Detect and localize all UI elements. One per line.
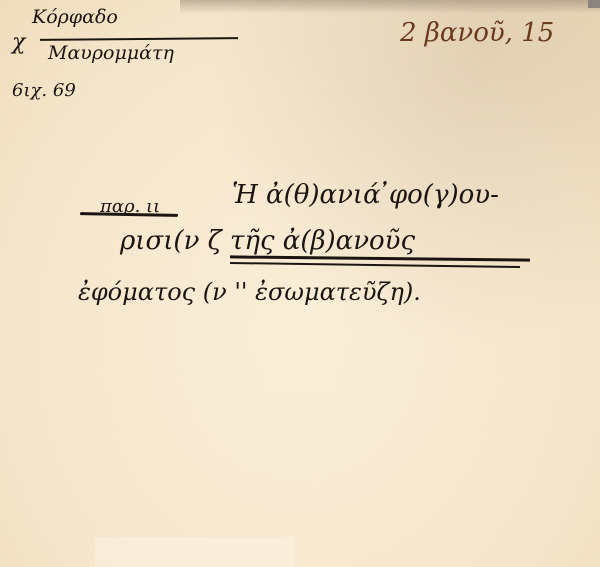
page-corner [588, 0, 600, 8]
reference-code: 6ιχ. 69 [12, 80, 76, 101]
body-line-2: ρισι(ν ζ τῆς ἀ(β)ανοῦς [120, 226, 415, 256]
body-line-3: ἐφόματος (ν '' ἐσωματεῦζη). [78, 278, 421, 306]
date-note: 2 βανοῦ, 15 [400, 18, 554, 48]
paper-stain [95, 537, 295, 567]
body-line-1: Ἡ ἀ(θ)ανιά ̓φο(γ)ου- [232, 180, 499, 210]
page-edge-shadow [180, 0, 600, 14]
reference-denominator: Μαυρομμάτη [48, 42, 174, 64]
fraction-rule [40, 37, 238, 41]
double-underline-top [230, 255, 530, 261]
reference-numerator: Κόρφαδο [32, 6, 118, 28]
reference-marker: χ [12, 30, 25, 55]
manuscript-page: χ Κόρφαδο Μαυρομμάτη 6ιχ. 69 2 βανοῦ, 15… [0, 0, 600, 567]
double-underline-bottom [230, 262, 520, 268]
